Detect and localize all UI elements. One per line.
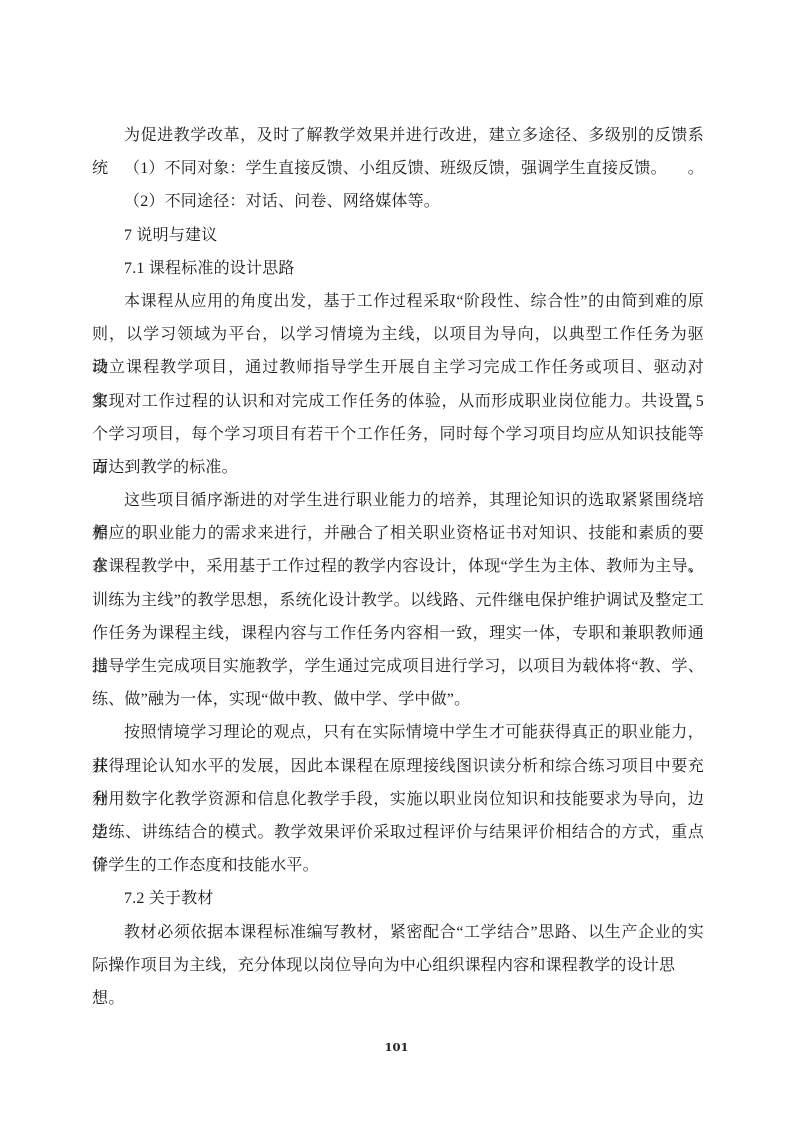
text-line: 获得理论认知水平的发展，因此本课程在原理接线图识读分析和综合练习项目中要充分	[92, 750, 704, 783]
text-line: 这些项目循序渐进的对学生进行职业能力的培养，其理论知识的选取紧紧围绕培养	[92, 484, 704, 517]
text-line: 面达到教学的标准。	[92, 451, 704, 484]
text-line: 按照情境学习理论的观点，只有在实际情境中学生才可能获得真正的职业能力，并	[92, 716, 704, 749]
text-line: 在课程教学中，采用基于工作过程的教学内容设计，体现“学生为主体、教师为主导、	[92, 550, 704, 583]
text-line: 作任务为课程主线，课程内容与工作任务内容相一致，理实一体，专职和兼职教师通过	[92, 617, 704, 650]
heading-line: 7 说明与建议	[92, 219, 704, 252]
text-line: （2）不同途径：对话、问卷、网络媒体等。	[92, 185, 704, 218]
heading-line: 7.1 课程标准的设计思路	[92, 252, 704, 285]
text-line: 价学生的工作态度和技能水平。	[92, 849, 704, 882]
text-line: 指导学生完成项目实施教学，学生通过完成项目进行学习，以项目为载体将“教、学、	[92, 650, 704, 683]
page-number: 101	[0, 1040, 793, 1054]
text-line: 设立课程教学项目，通过教师指导学生开展自主学习完成工作任务或项目、驱动对象，	[92, 351, 704, 384]
text-line: 边练、讲练结合的模式。教学效果评价采取过程评价与结果评价相结合的方式，重点评	[92, 816, 704, 849]
text-line: 相应的职业能力的需求来进行，并融合了相关职业资格证书对知识、技能和素质的要求。	[92, 517, 704, 550]
text-line: 教材必须依据本课程标准编写教材，紧密配合“工学结合”思路、以生产企业的实	[92, 916, 704, 949]
text-line: 本课程从应用的角度出发，基于工作过程采取“阶段性、综合性”的由简到难的原	[92, 285, 704, 318]
document-page: 为促进教学改革，及时了解教学效果并进行改进，建立多途径、多级别的反馈系统。（1）…	[0, 0, 793, 1122]
text-line: 练、做”融为一体，实现“做中教、做中学、学中做”。	[92, 683, 704, 716]
text-line: 训练为主线”的教学思想，系统化设计教学。以线路、元件继电保护维护调试及整定工	[92, 584, 704, 617]
text-line: 利用数字化教学资源和信息化教学手段，实施以职业岗位知识和技能要求为导向，边学	[92, 783, 704, 816]
text-line: 实现对工作过程的认识和对完成工作任务的体验，从而形成职业岗位能力。共设置 5	[92, 385, 704, 418]
heading-line: 7.2 关于教材	[92, 882, 704, 915]
text-line: 际操作项目为主线，充分体现以岗位导向为中心组织课程内容和课程教学的设计思想。	[92, 949, 704, 982]
text-line: 个学习项目，每个学习项目有若干个工作任务，同时每个学习项目均应从知识技能等方	[92, 418, 704, 451]
text-line: 为促进教学改革，及时了解教学效果并进行改进，建立多途径、多级别的反馈系统。	[92, 119, 704, 152]
text-line: （1）不同对象：学生直接反馈、小组反馈、班级反馈，强调学生直接反馈。	[92, 152, 704, 185]
text-line: 则，以学习领域为平台，以学习情境为主线，以项目为导向，以典型工作任务为驱动，	[92, 318, 704, 351]
page-body-text: 为促进教学改革，及时了解教学效果并进行改进，建立多途径、多级别的反馈系统。（1）…	[92, 119, 704, 982]
